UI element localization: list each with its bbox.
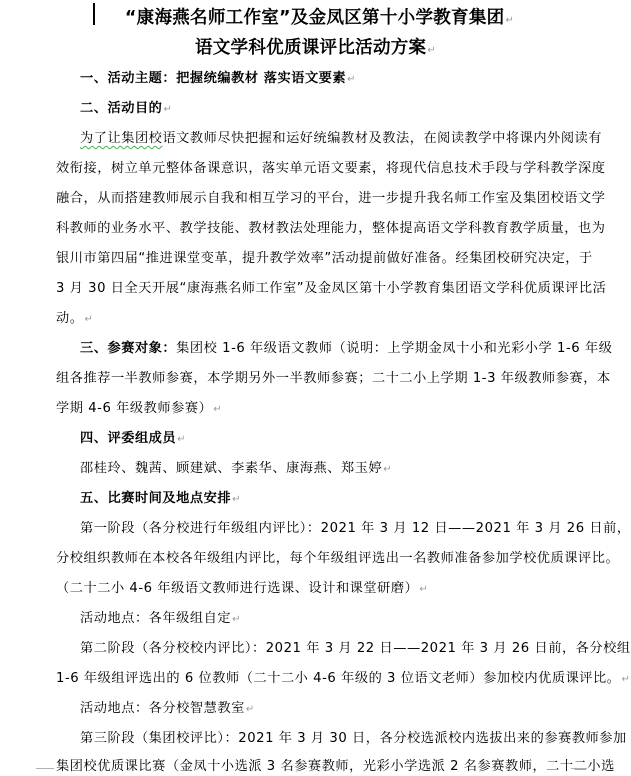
section-2-body-line[interactable]: 效衔接，树立单元整体备课意识，落实单元语文要素，将现代信息技术手段与学科教学深度 xyxy=(56,157,606,176)
paragraph-mark-icon: ↵ xyxy=(419,584,428,595)
paragraph-mark-icon: ↵ xyxy=(383,464,392,475)
section-2-body-line[interactable]: 动。↵ xyxy=(56,307,93,326)
section-5-line[interactable]: 第三阶段（集团校评比）：2021 年 3 月 30 日，各分校选派校内选拔出来的… xyxy=(80,727,627,746)
paragraph-mark-icon: ↵ xyxy=(232,614,241,625)
section-5-line[interactable]: （二十二小 4-6 年级语文教师进行选课、设计和课堂研磨）↵ xyxy=(56,577,428,596)
document-title-line-1[interactable]: “康海燕名师工作室”及金凤区第十小学教育集团↵ xyxy=(0,4,631,29)
section-5-heading[interactable]: 五、比赛时间及地点安排↵ xyxy=(80,487,241,506)
section-3-line[interactable]: 组各推荐一半教师参赛，本学期另外一半教师参赛；二十二小上学期 1-3 年级教师参… xyxy=(56,367,611,386)
paragraph-mark-icon: ↵ xyxy=(232,494,241,505)
section-3-line[interactable]: 学期 4-6 年级教师参赛）↵ xyxy=(56,397,222,416)
section-1-heading[interactable]: 一、活动主题：把握统编教材 落实语文要素↵ xyxy=(80,67,356,86)
paragraph-mark-icon: ↵ xyxy=(163,104,172,115)
paragraph-mark-icon: ↵ xyxy=(427,45,436,56)
judges-list[interactable]: 邵桂玲、魏茜、顾建斌、李素华、康海燕、郑玉婷↵ xyxy=(80,457,392,476)
section-2-body-line[interactable]: 为了让集团校语文教师尽快把握和运好统编教材及教法，在阅读教学中将课内外阅读有 xyxy=(80,127,602,146)
section-2-body-line[interactable]: 银川市第四届“推进课堂变革，提升教学效率”活动提前做好准备。经集团校研究决定，于 xyxy=(56,247,593,266)
section-5-line[interactable]: 分校组织教师在本校各年级组内评比，每个年级组评选出一名教师准备参加学校优质课评比… xyxy=(56,547,619,566)
section-5-line[interactable]: 1-6 年级组评选出的 6 位教师（二十二小 4-6 年级的 3 位语文老师）参… xyxy=(56,667,630,686)
spellcheck-squiggle: 为了让集团校 xyxy=(80,131,162,146)
page-margin-corner-mark xyxy=(36,768,54,769)
paragraph-mark-icon: ↵ xyxy=(213,404,222,415)
section-5-line[interactable]: 活动地点：各年级组自定↵ xyxy=(80,607,241,626)
paragraph-mark-icon: ↵ xyxy=(347,74,356,85)
section-5-line[interactable]: 集团校优质课比赛（金凤十小选派 3 名参赛教师，光彩小学选派 2 名参赛教师，二… xyxy=(56,755,615,774)
section-2-body-line[interactable]: 融合，从而搭建教师展示自我和相互学习的平台，进一步提升我名师工作室及集团校语文学 xyxy=(56,187,606,206)
paragraph-mark-icon: ↵ xyxy=(177,434,186,445)
section-2-body-line[interactable]: 科教师的业务水平、教学技能、教材教法处理能力，整体提高语文学科教育教学质量，也为 xyxy=(56,217,606,236)
page-margin-corner-mark xyxy=(571,768,587,769)
paragraph-mark-icon: ↵ xyxy=(505,15,514,26)
section-3-heading: 三、参赛对象： xyxy=(80,341,176,356)
paragraph-mark-icon: ↵ xyxy=(84,314,93,325)
section-2-body-line[interactable]: 3 月 30 日全天开展“康海燕名师工作室”及金凤区第十小学教育集团语文学科优质… xyxy=(56,277,606,296)
document-page: “康海燕名师工作室”及金凤区第十小学教育集团↵ 语文学科优质课评比活动方案↵ 一… xyxy=(0,0,631,776)
section-3-line[interactable]: 三、参赛对象：集团校 1-6 年级语文教师（说明：上学期金凤十小和光彩小学 1-… xyxy=(80,337,612,356)
section-5-line[interactable]: 第二阶段（各分校校内评比）：2021 年 3 月 22 日——2021 年 3 … xyxy=(80,637,631,656)
document-title-line-2[interactable]: 语文学科优质课评比活动方案↵ xyxy=(0,34,631,59)
section-4-heading[interactable]: 四、评委组成员↵ xyxy=(80,427,186,446)
section-2-heading[interactable]: 二、活动目的↵ xyxy=(80,97,172,116)
body-text: 语文教师尽快把握和运好统编教材及教法，在阅读教学中将课内外阅读有 xyxy=(162,131,602,146)
paragraph-mark-icon: ↵ xyxy=(246,704,255,715)
section-5-line[interactable]: 活动地点：各分校智慧教室↵ xyxy=(80,697,255,716)
paragraph-mark-icon: ↵ xyxy=(622,674,631,685)
section-5-line[interactable]: 第一阶段（各分校进行年级组内评比）：2021 年 3 月 12 日——2021 … xyxy=(80,517,631,536)
